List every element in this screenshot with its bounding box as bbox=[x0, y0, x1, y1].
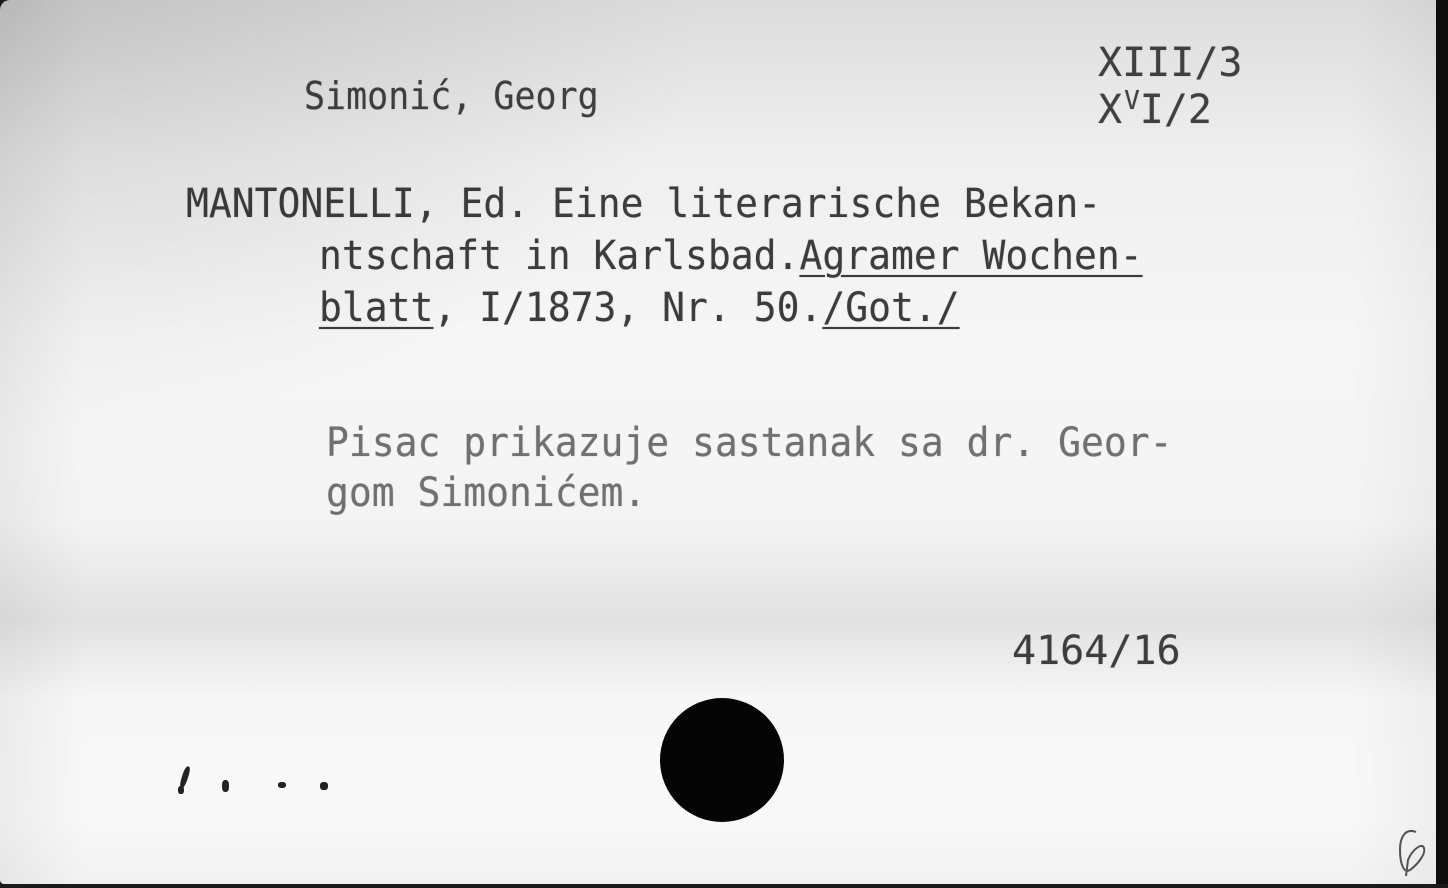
classification-code-line2: XVI/2 bbox=[1098, 82, 1212, 129]
stamp-marks-icon bbox=[178, 766, 338, 806]
handwritten-mark: 6 bbox=[1394, 826, 1430, 880]
citation-journal-title-part1: Agramer Wochen- bbox=[799, 233, 1142, 279]
citation-line2-pre: ntschaft in Karlsbad. bbox=[319, 233, 799, 279]
citation-journal-title-part2: blatt bbox=[319, 285, 433, 331]
classification-superscript: V bbox=[1124, 86, 1140, 116]
citation-line3-post: , I/1873, Nr. 50. bbox=[433, 285, 822, 331]
citation-location-bracket: /Got./ bbox=[822, 285, 959, 331]
classification-suffix: I/2 bbox=[1140, 87, 1212, 133]
punch-hole-icon bbox=[660, 698, 784, 822]
card-heading-name: Simonić, Georg bbox=[304, 74, 599, 118]
catalog-card: Simonić, Georg XIII/3 XVI/2 MANTONELLI, … bbox=[0, 0, 1436, 884]
annotation-line2: gom Simonićem. bbox=[326, 470, 646, 516]
bibliographic-citation: MANTONELLI, Ed. Eine literarische Bekan-… bbox=[186, 178, 1143, 334]
citation-line1: MANTONELLI, Ed. Eine literarische Bekan- bbox=[186, 181, 1101, 227]
accession-number: 4164/16 bbox=[1012, 628, 1181, 674]
scan-border-right bbox=[1436, 0, 1448, 888]
classification-prefix: X bbox=[1098, 87, 1122, 133]
svg-text:6: 6 bbox=[1394, 826, 1404, 830]
classification-code-line1: XIII/3 bbox=[1098, 44, 1243, 82]
content-annotation: Pisac prikazuje sastanak sa dr. Geor- go… bbox=[326, 418, 1172, 518]
annotation-line1: Pisac prikazuje sastanak sa dr. Geor- bbox=[326, 420, 1172, 466]
scan-border-bottom bbox=[0, 884, 1448, 888]
